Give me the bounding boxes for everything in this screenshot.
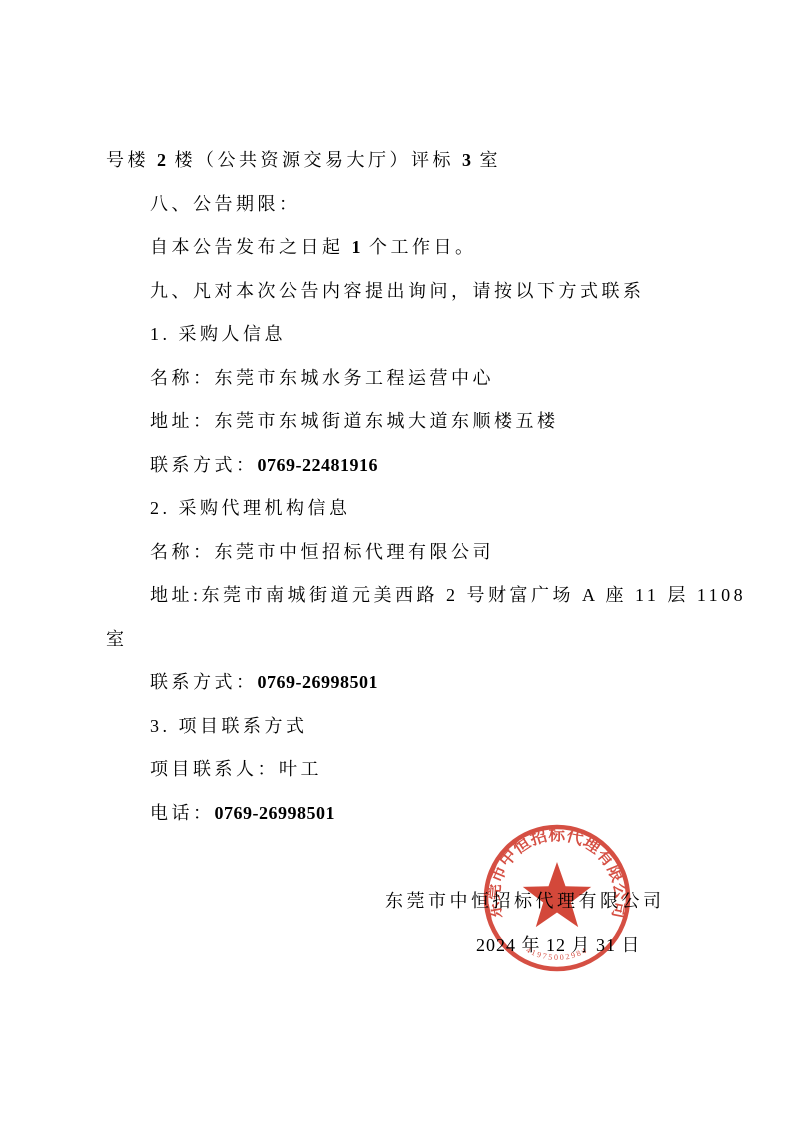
paragraph-line: 名称：东莞市中恒招标代理有限公司 xyxy=(106,531,706,575)
paragraph-line: 项目联系人：叶工 xyxy=(106,748,706,792)
paragraph-line: 联系方式：0769-22481916 xyxy=(106,444,706,488)
paragraph-line: 号楼 2 楼（公共资源交易大厅）评标 3 室 xyxy=(106,139,706,183)
text-run: 室 xyxy=(106,629,128,649)
text-run: 室 xyxy=(472,150,502,170)
text-run: 项目联系人：叶工 xyxy=(150,759,322,779)
paragraph-line: 室 xyxy=(106,618,706,662)
paragraph-line: 1. 采购人信息 xyxy=(106,313,706,357)
text-run: 地址:东莞市南城街道元美西路 2 号财富广场 A 座 11 层 1108 xyxy=(150,585,746,605)
text-run: 联系方式： xyxy=(150,455,258,475)
paragraph-line: 九、凡对本次公告内容提出询问，请按以下方式联系 xyxy=(106,270,706,314)
text-run: 3. 项目联系方式 xyxy=(150,716,308,736)
number-text-run: 0769-26998501 xyxy=(258,672,379,692)
number-text-run: 3 xyxy=(462,150,472,170)
text-run: 九、凡对本次公告内容提出询问，请按以下方式联系 xyxy=(150,281,645,301)
paragraph-line: 自本公告发布之日起 1 个工作日。 xyxy=(106,226,706,270)
text-run: 地址：东莞市东城街道东城大道东顺楼五楼 xyxy=(150,411,559,431)
text-run: 自本公告发布之日起 xyxy=(150,237,352,257)
text-run: 名称：东莞市东城水务工程运营中心 xyxy=(150,368,494,388)
text-run: 楼（公共资源交易大厅）评标 xyxy=(167,150,463,170)
number-text-run: 0769-22481916 xyxy=(258,455,379,475)
text-run: 电话： xyxy=(150,803,215,823)
paragraph-line: 名称：东莞市东城水务工程运营中心 xyxy=(106,357,706,401)
text-run: 号楼 xyxy=(106,150,157,170)
document-page: 号楼 2 楼（公共资源交易大厅）评标 3 室 八、公告期限： 自本公告发布之日起… xyxy=(0,0,794,1123)
paragraph-line: 联系方式：0769-26998501 xyxy=(106,661,706,705)
paragraph-line: 地址：东莞市东城街道东城大道东顺楼五楼 xyxy=(106,400,706,444)
number-text-run: 2 xyxy=(157,150,167,170)
number-text-run: 0769-26998501 xyxy=(215,803,336,823)
text-run: 个工作日。 xyxy=(361,237,477,257)
signature-company: 东莞市中恒招标代理有限公司 xyxy=(385,886,665,916)
paragraph-line: 地址:东莞市南城街道元美西路 2 号财富广场 A 座 11 层 1108 xyxy=(106,574,706,618)
paragraph-line: 2. 采购代理机构信息 xyxy=(106,487,706,531)
text-run: 八、公告期限： xyxy=(150,194,301,214)
text-run: 名称：东莞市中恒招标代理有限公司 xyxy=(150,542,494,562)
text-run: 1. 采购人信息 xyxy=(150,324,286,344)
signature-date: 2024 年 12 月 31 日 xyxy=(476,930,641,960)
document-body: 号楼 2 楼（公共资源交易大厅）评标 3 室 八、公告期限： 自本公告发布之日起… xyxy=(106,139,706,835)
paragraph-line: 八、公告期限： xyxy=(106,183,706,227)
text-run: 2. 采购代理机构信息 xyxy=(150,498,351,518)
paragraph-line: 3. 项目联系方式 xyxy=(106,705,706,749)
number-text-run: 1 xyxy=(352,237,362,257)
text-run: 联系方式： xyxy=(150,672,258,692)
